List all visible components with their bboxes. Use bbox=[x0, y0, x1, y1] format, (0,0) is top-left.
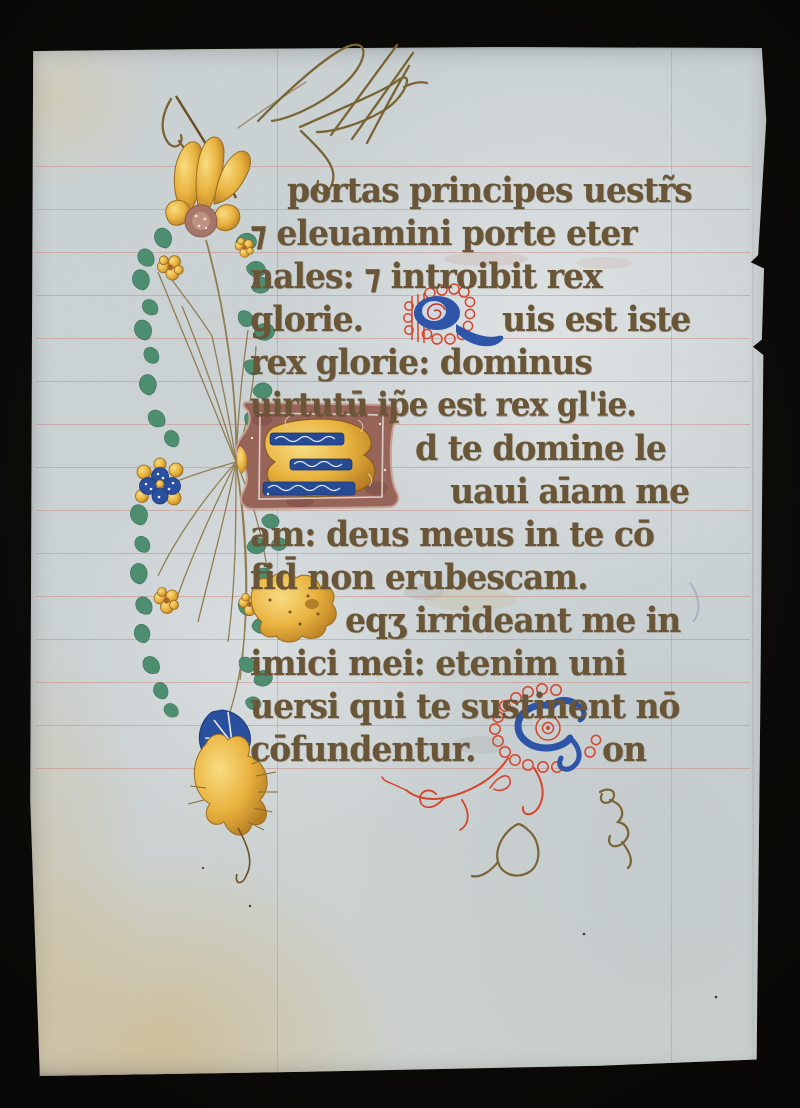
text-line-3: nales: ⁊ introibit rex bbox=[250, 255, 602, 296]
text-line-6: uirtutū ip̃e est rex gl'ie. bbox=[250, 386, 636, 424]
text-line-7: d te domine le bbox=[415, 427, 666, 468]
text-line-14-before: cōfundentur. bbox=[250, 728, 475, 769]
text-line-10: fid̄ non erubescam. bbox=[250, 556, 588, 597]
text-line-9: am: deus meus in te cō bbox=[250, 513, 654, 554]
text-line-1: portas principes uestr̃s bbox=[287, 169, 692, 210]
text-line-12: imici mei: etenim uni bbox=[250, 642, 626, 683]
text-line-14-after: on bbox=[602, 728, 646, 769]
text-line-4-before: glorie. bbox=[250, 298, 363, 339]
text-line-5: rex glorie: dominus bbox=[250, 341, 592, 382]
text-line-2: ⁊ eleuamini porte eter bbox=[250, 212, 637, 253]
text-line-4-after: uis est iste bbox=[502, 298, 690, 339]
text-line-8: uaui aīam me bbox=[450, 470, 689, 511]
psalm-text-block: portas principes uestr̃s ⁊ eleuamini por… bbox=[0, 0, 800, 1108]
text-line-13: uersi qui te sustinent nō bbox=[250, 685, 679, 726]
text-line-11: eqʒ irrideant me in bbox=[345, 599, 680, 640]
